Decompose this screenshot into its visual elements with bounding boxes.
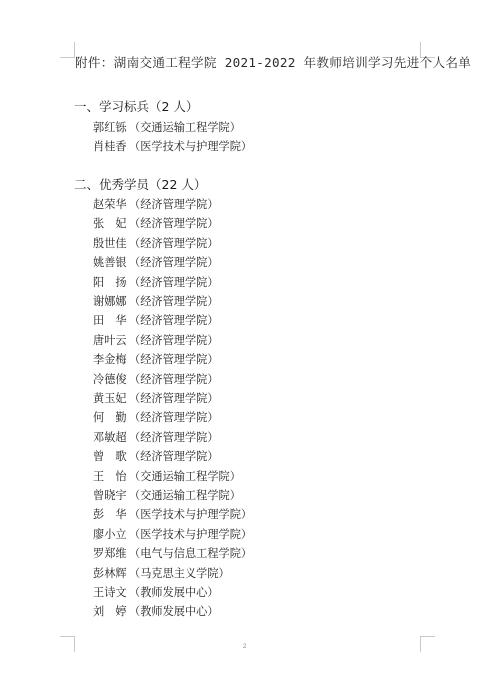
section-heading-study-model: 一、学习标兵（2 人）	[74, 99, 198, 115]
list-item: 谢娜娜（经济管理学院）	[93, 294, 219, 309]
person-unit: （医学技术与护理学院）	[129, 140, 252, 153]
person-name: 谢娜娜	[93, 294, 129, 309]
corner-mark-bottom-right-h	[420, 636, 435, 637]
person-name: 肖桂香	[93, 139, 129, 154]
person-unit: （经济管理学院）	[129, 295, 219, 308]
person-unit: （教师发展中心）	[129, 605, 219, 618]
person-name: 田 华	[93, 313, 129, 328]
list-item: 彭 华（医学技术与护理学院）	[93, 507, 252, 522]
person-unit: （经济管理学院）	[129, 392, 219, 405]
person-name: 张 妃	[93, 216, 129, 231]
person-unit: （经济管理学院）	[129, 450, 219, 463]
person-name: 曾 歌	[93, 449, 129, 464]
person-unit: （交通运输工程学院）	[129, 489, 241, 502]
person-unit: （经济管理学院）	[129, 411, 219, 424]
person-name: 邓敏超	[93, 430, 129, 445]
person-unit: （医学技术与护理学院）	[129, 508, 252, 521]
section-heading-excellent-trainees: 二、优秀学员（22 人）	[74, 177, 206, 193]
list-item: 李金梅（经济管理学院）	[93, 352, 219, 367]
list-item: 姚善银（经济管理学院）	[93, 255, 219, 270]
person-unit: （电气与信息工程学院）	[129, 547, 252, 560]
list-item: 唐叶云（经济管理学院）	[93, 333, 219, 348]
list-item: 曾 歌（经济管理学院）	[93, 449, 219, 464]
person-unit: （经济管理学院）	[129, 256, 219, 269]
list-item: 赵荣华（经济管理学院）	[93, 197, 219, 212]
list-item: 张 妃（经济管理学院）	[93, 216, 219, 231]
person-name: 廖小立	[93, 527, 129, 542]
person-unit: （经济管理学院）	[129, 217, 219, 230]
person-name: 王 怡	[93, 469, 129, 484]
list-item: 肖桂香（医学技术与护理学院）	[93, 139, 252, 154]
person-name: 唐叶云	[93, 333, 129, 348]
list-item: 邓敏超（经济管理学院）	[93, 430, 219, 445]
person-unit: （经济管理学院）	[129, 314, 219, 327]
person-unit: （教师发展中心）	[129, 586, 219, 599]
person-name: 阳 扬	[93, 275, 129, 290]
list-item: 刘 婷（教师发展中心）	[93, 604, 219, 619]
person-name: 郭红铄	[93, 120, 129, 135]
person-unit: （马克思主义学院）	[129, 567, 230, 580]
list-item: 曾晓宇（交通运输工程学院）	[93, 488, 241, 503]
corner-mark-bottom-right-v	[420, 636, 421, 652]
person-name: 冷德俊	[93, 372, 129, 387]
person-name: 彭 华	[93, 507, 129, 522]
corner-mark-bottom-left-v	[74, 636, 75, 652]
person-unit: （经济管理学院）	[129, 431, 219, 444]
person-name: 李金梅	[93, 352, 129, 367]
person-name: 刘 婷	[93, 604, 129, 619]
person-unit: （经济管理学院）	[129, 334, 219, 347]
person-unit: （经济管理学院）	[129, 353, 219, 366]
list-item: 王 怡（交通运输工程学院）	[93, 469, 241, 484]
document-title: 附件：湖南交通工程学院 2021-2022 年教师培训学习先进个人名单	[75, 55, 471, 71]
person-unit: （经济管理学院）	[129, 237, 219, 250]
list-item: 田 华（经济管理学院）	[93, 313, 219, 328]
person-unit: （经济管理学院）	[129, 276, 219, 289]
page-number: 2	[243, 644, 246, 650]
person-name: 黄玉妃	[93, 391, 129, 406]
person-unit: （交通运输工程学院）	[129, 470, 241, 483]
person-unit: （医学技术与护理学院）	[129, 528, 252, 541]
person-name: 姚善银	[93, 255, 129, 270]
person-name: 殷世佳	[93, 236, 129, 251]
person-unit: （经济管理学院）	[129, 373, 219, 386]
person-name: 王诗文	[93, 585, 129, 600]
person-name: 赵荣华	[93, 197, 129, 212]
person-name: 何 勤	[93, 410, 129, 425]
list-item: 殷世佳（经济管理学院）	[93, 236, 219, 251]
corner-mark-bottom-left-h	[60, 636, 75, 637]
person-name: 彭林辉	[93, 566, 129, 581]
person-unit: （交通运输工程学院）	[129, 121, 241, 134]
list-item: 郭红铄（交通运输工程学院）	[93, 120, 241, 135]
person-name: 曾晓宇	[93, 488, 129, 503]
list-item: 彭林辉（马克思主义学院）	[93, 566, 230, 581]
list-item: 黄玉妃（经济管理学院）	[93, 391, 219, 406]
person-unit: （经济管理学院）	[129, 198, 219, 211]
list-item: 阳 扬（经济管理学院）	[93, 275, 219, 290]
person-name: 罗郑维	[93, 546, 129, 561]
list-item: 王诗文（教师发展中心）	[93, 585, 219, 600]
list-item: 罗郑维（电气与信息工程学院）	[93, 546, 252, 561]
list-item: 廖小立（医学技术与护理学院）	[93, 527, 252, 542]
corner-mark-top-left-h	[60, 57, 75, 58]
list-item: 何 勤（经济管理学院）	[93, 410, 219, 425]
list-item: 冷德俊（经济管理学院）	[93, 372, 219, 387]
